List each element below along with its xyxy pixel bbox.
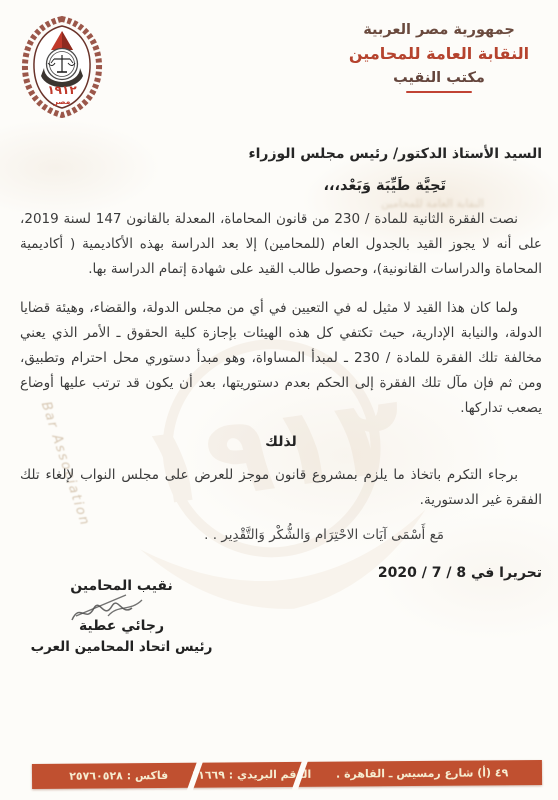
therefore-heading: لذلك	[20, 434, 542, 450]
footer-postal-code: الرقم البريدي : ١١٦٦٩	[205, 762, 297, 788]
scanned-letter-page: ١٩١٢ مصر جمهورية مصر العربية النقابة الع…	[0, 0, 558, 800]
letterhead-underline	[406, 91, 472, 93]
closing-salutation: مَع أَسْمَى آيَات الاحْتِرَام وَالشُّكْر…	[20, 527, 444, 543]
greeting-line: تَحِيَّة طَيِّبَة وَبَعْد،،،	[20, 178, 446, 194]
signature-block: نقيب المحامين رجائي عطية رئيس اتحاد المح…	[14, 578, 229, 655]
paragraph-3: برجاء التكرم باتخاذ ما يلزم بمشروع قانون…	[20, 463, 542, 513]
paragraph-2: ولما كان هذا القيد لا مثيل له في التعيين…	[20, 296, 542, 421]
letterhead-republic: جمهورية مصر العربية	[334, 22, 544, 38]
letter-body: السيد الأستاذ الدكتور/ رئيس مجلس الوزراء…	[20, 146, 542, 581]
emblem-country: مصر	[53, 97, 71, 106]
footer-address: ٤٩ (أ) شارع رمسيس ـ القاهرة .	[307, 760, 537, 787]
addressee-line: السيد الأستاذ الدكتور/ رئيس مجلس الوزراء	[20, 146, 542, 162]
emblem-year: ١٩١٢	[47, 83, 77, 97]
signer-title: نقيب المحامين	[14, 578, 229, 594]
letterhead: جمهورية مصر العربية النقابة العامة للمحا…	[334, 22, 544, 93]
signer-role: رئيس اتحاد المحامين العرب	[14, 639, 229, 655]
footer-fax: فاكس : ٢٥٧٦٠٥٢٨	[42, 763, 195, 789]
bar-association-emblem-icon: ١٩١٢ مصر	[16, 14, 108, 118]
footer-contact-bar: ٤٩ (أ) شارع رمسيس ـ القاهرة . الرقم البر…	[32, 760, 542, 789]
letterhead-office: مكتب النقيب	[334, 70, 544, 86]
signer-name: رجائي عطية	[14, 618, 229, 634]
letterhead-organization: النقابة العامة للمحامين	[334, 44, 544, 63]
paragraph-1: نصت الفقرة الثانية للمادة / 230 من قانون…	[20, 207, 542, 282]
emblem-svg: ١٩١٢ مصر	[16, 14, 108, 118]
